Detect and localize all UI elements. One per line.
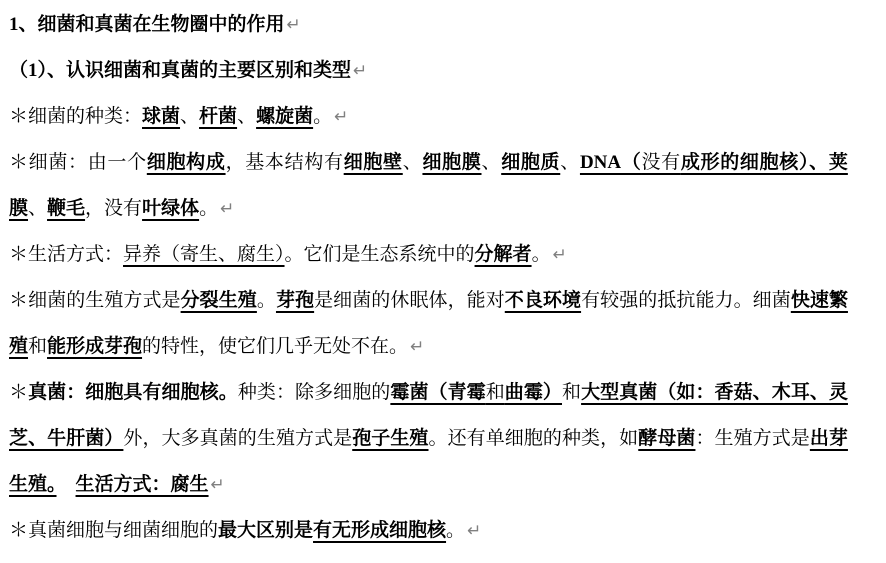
document-page: 1、细菌和真菌在生物圈中的作用↵（1）、认识细菌和真菌的主要区别和类型↵＊细菌的… [0,0,886,563]
text-run: 有较强的抵抗能力。细菌 [581,290,791,311]
paragraph: （1）、认识细菌和真菌的主要区别和类型↵ [9,48,848,94]
text-run: 孢子生殖 [352,428,428,449]
text-run: 鞭毛 [47,198,85,219]
paragraph: ＊细菌的种类：球菌、杆菌、螺旋菌。↵ [9,94,848,140]
text-run: 。 [313,106,332,127]
text-run: 外，大多真菌的生殖方式是 [123,428,352,449]
text-run: 和 [486,382,505,403]
paragraph-mark-icon: ↵ [351,61,367,81]
text-run: 。还有单细胞的种类，如 [429,428,639,449]
text-run: 的特性，使它们几乎无处不在。 [142,336,408,357]
text-run: 杆菌 [199,106,237,127]
text-run: 能形成芽孢 [47,336,142,357]
text-run: 细胞壁 [344,152,403,173]
paragraph-mark-icon: ↵ [285,15,301,35]
paragraph: ＊生活方式：异养（寄生、腐生）。它们是生态系统中的分解者。↵ [9,232,848,278]
text-run: 酵母菌 [638,428,695,449]
text-run: ＊真菌细胞与细菌细胞的 [9,520,218,541]
text-run: 球菌 [142,106,180,127]
text-run [57,474,76,495]
text-run: 、 [28,198,47,219]
text-run: 。 [532,244,551,265]
text-run: 。 [199,198,218,219]
text-run: 最大区别是 [218,520,313,541]
text-run: 螺旋菌 [256,106,313,127]
text-run: 和 [28,336,47,357]
text-run: 叶绿体 [142,198,199,219]
text-run: 、 [482,152,502,173]
text-run: 真菌：细胞具有细胞核。 [28,382,238,403]
text-run: 是细菌的休眠体，能对 [314,290,505,311]
text-run: 没有 [641,152,680,173]
text-run: DNA（ [580,152,642,173]
paragraph: 1、细菌和真菌在生物圈中的作用↵ [9,2,848,48]
text-run: 异养（寄生、腐生） [123,244,285,265]
text-run: ＊细菌：由一个 [9,152,147,173]
paragraph-mark-icon: ↵ [332,107,348,127]
text-run: 曲霉） [505,382,562,403]
text-run: 、 [403,152,423,173]
text-run: ，没有 [85,198,142,219]
text-run: 1、细菌和真菌在生物圈中的作用 [9,14,285,35]
text-run: 分裂生殖 [181,290,257,311]
text-run: ：生殖方式是 [695,428,809,449]
text-run: 、 [180,106,199,127]
text-run: ＊细菌的生殖方式是 [9,290,181,311]
text-run: 分解者 [475,244,532,265]
text-run: （1）、认识细菌和真菌的主要区别和类型 [9,60,351,81]
text-run: 。它们是生态系统中的 [285,244,475,265]
text-run: ＊生活方式： [9,244,123,265]
text-run: ，基本结构有 [226,152,344,173]
paragraph: ＊真菌细胞与细菌细胞的最大区别是有无形成细胞核。↵ [9,508,848,554]
document-body[interactable]: 1、细菌和真菌在生物圈中的作用↵（1）、认识细菌和真菌的主要区别和类型↵＊细菌的… [9,2,848,554]
paragraph-mark-icon: ↵ [551,245,567,265]
paragraph: ＊细菌：由一个细胞构成，基本结构有细胞壁、细胞膜、细胞质、DNA（没有成形的细胞… [9,140,848,232]
text-run: 有无形成细胞核 [313,520,446,541]
text-run: 芽孢 [276,290,314,311]
text-run: 生活方式：腐生 [76,474,209,495]
paragraph-mark-icon: ↵ [209,475,225,495]
text-run: ＊细菌的种类： [9,106,142,127]
paragraph-mark-icon: ↵ [465,521,481,541]
text-run: 霉菌（青霉 [390,382,485,403]
text-run: 细胞膜 [422,152,481,173]
text-run: ＊ [9,382,28,403]
paragraph: ＊真菌：细胞具有细胞核。种类：除多细胞的霉菌（青霉和曲霉）和大型真菌（如：香菇、… [9,370,848,508]
text-run: 细胞构成 [147,152,226,173]
text-run: 。 [446,520,465,541]
text-run: 和 [562,382,581,403]
text-run: 不良环境 [505,290,581,311]
paragraph: ＊细菌的生殖方式是分裂生殖。芽孢是细菌的休眠体，能对不良环境有较强的抵抗能力。细… [9,278,848,370]
text-run: 、 [560,152,580,173]
paragraph-mark-icon: ↵ [218,199,234,219]
text-run: 、 [237,106,256,127]
text-run: 细胞质 [501,152,560,173]
paragraph-mark-icon: ↵ [408,337,424,357]
text-run: 。 [257,290,276,311]
text-run: 种类：除多细胞的 [238,382,391,403]
